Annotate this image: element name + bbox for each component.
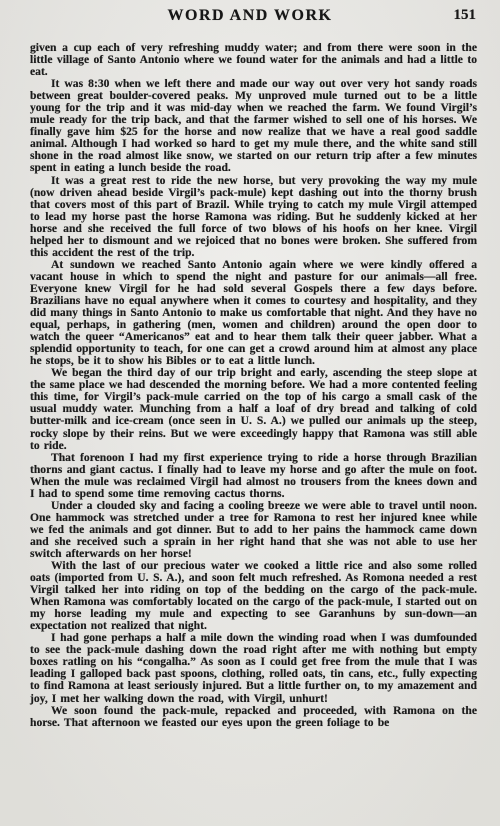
journal-title: WORD AND WORK (0, 7, 500, 25)
paragraph: With the last of our precious water we c… (30, 560, 477, 632)
paragraph: We began the third day of our trip brigh… (30, 367, 477, 451)
article-body: given a cup each of very refreshing mudd… (30, 42, 477, 729)
paragraph: At sundown we reached Santo Antonio agai… (30, 259, 477, 367)
paragraph: We soon found the pack-mule, repacked an… (30, 705, 477, 729)
paragraph: It was 8:30 when we left there and made … (30, 78, 477, 174)
paragraph: That forenoon I had my first experience … (30, 452, 477, 500)
paragraph: It was a great rest to ride the new hors… (30, 175, 477, 259)
page-header: WORD AND WORK 151 (0, 0, 500, 31)
paragraph: given a cup each of very refreshing mudd… (30, 42, 477, 78)
paragraph: Under a clouded sky and facing a cooling… (30, 500, 477, 560)
paragraph: I had gone perhaps a half a mile down th… (30, 632, 477, 704)
scanned-magazine-page: WORD AND WORK 151 given a cup each of ve… (0, 0, 500, 826)
page-number: 151 (454, 7, 477, 24)
